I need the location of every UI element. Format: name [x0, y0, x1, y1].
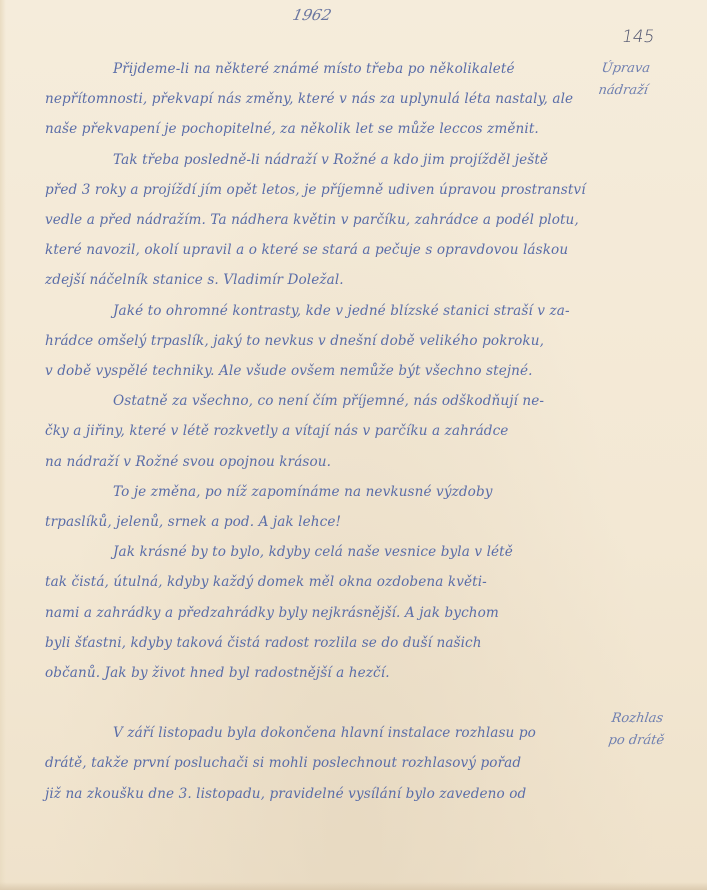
text-line: na nádraží v Rožné svou opojnou krásou. [45, 447, 600, 477]
paragraph: Tak třeba posledně-li nádraží v Rožné a … [45, 145, 600, 296]
margin-note-line: Rozhlas [610, 708, 703, 730]
margin-note-station: Úprava nádraží [597, 58, 693, 102]
text-line: Jak krásné by to bylo, kdyby celá naše v… [45, 537, 600, 567]
text-line: hrádce omšelý trpaslík, jaký to nevkus v… [45, 326, 600, 356]
year-heading: 1962 [291, 6, 333, 24]
margin-note-radio: Rozhlas po drátě [607, 708, 703, 752]
chronicle-page: 1962 145 Úprava nádraží Rozhlas po drátě… [0, 0, 707, 890]
text-line: již na zkoušku dne 3. listopadu, pravide… [45, 779, 600, 809]
text-line: To je změna, po níž zapomínáme na nevkus… [45, 477, 600, 507]
text-line: Přijdeme-li na některé známé místo třeba… [45, 54, 600, 84]
text-line: zdejší náčelník stanice s. Vladimír Dole… [45, 265, 600, 295]
paragraph: Jak krásné by to bylo, kdyby celá naše v… [45, 537, 600, 688]
paragraph: Ostatně za všechno, co není čím příjemné… [45, 386, 600, 477]
text-line: drátě, takže první posluchači si mohli p… [45, 748, 600, 778]
text-line: Tak třeba posledně-li nádraží v Rožné a … [45, 145, 600, 175]
margin-note-line: po drátě [607, 730, 700, 752]
paragraph: Přijdeme-li na některé známé místo třeba… [45, 54, 600, 145]
handwritten-body: Přijdeme-li na některé známé místo třeba… [45, 54, 600, 809]
text-line: tak čistá, útulná, kdyby každý domek měl… [45, 567, 600, 597]
text-line: Jaké to ohromné kontrasty, kde v jedné b… [45, 296, 600, 326]
paragraph-gap [45, 688, 600, 718]
text-line: V září listopadu byla dokončena hlavní i… [45, 718, 600, 748]
text-line: nami a zahrádky a předzahrádky byly nejk… [45, 598, 600, 628]
text-line: občanů. Jak by život hned byl radostnějš… [45, 658, 600, 688]
page-number: 145 [620, 27, 656, 47]
text-line: Ostatně za všechno, co není čím příjemné… [45, 386, 600, 416]
paragraph: To je změna, po níž zapomínáme na nevkus… [45, 477, 600, 537]
text-line: které navozil, okolí upravil a o které s… [45, 235, 600, 265]
text-line: trpaslíků, jelenů, srnek a pod. A jak le… [45, 507, 600, 537]
margin-note-line: Úprava [600, 58, 693, 80]
paragraph: V září listopadu byla dokončena hlavní i… [45, 718, 600, 809]
text-line: byli šťastni, kdyby taková čistá radost … [45, 628, 600, 658]
text-line: v době vyspělé techniky. Ale všude ovšem… [45, 356, 600, 386]
text-line: naše překvapení je pochopitelné, za něko… [45, 114, 600, 144]
text-line: před 3 roky a projíždí jím opět letos, j… [45, 175, 600, 205]
paragraph: Jaké to ohromné kontrasty, kde v jedné b… [45, 296, 600, 387]
text-line: čky a jiřiny, které v létě rozkvetly a v… [45, 416, 600, 446]
text-line: vedle a před nádražím. Ta nádhera květin… [45, 205, 600, 235]
margin-note-line: nádraží [597, 80, 690, 102]
text-line: nepřítomnosti, překvapí nás změny, které… [45, 84, 600, 114]
